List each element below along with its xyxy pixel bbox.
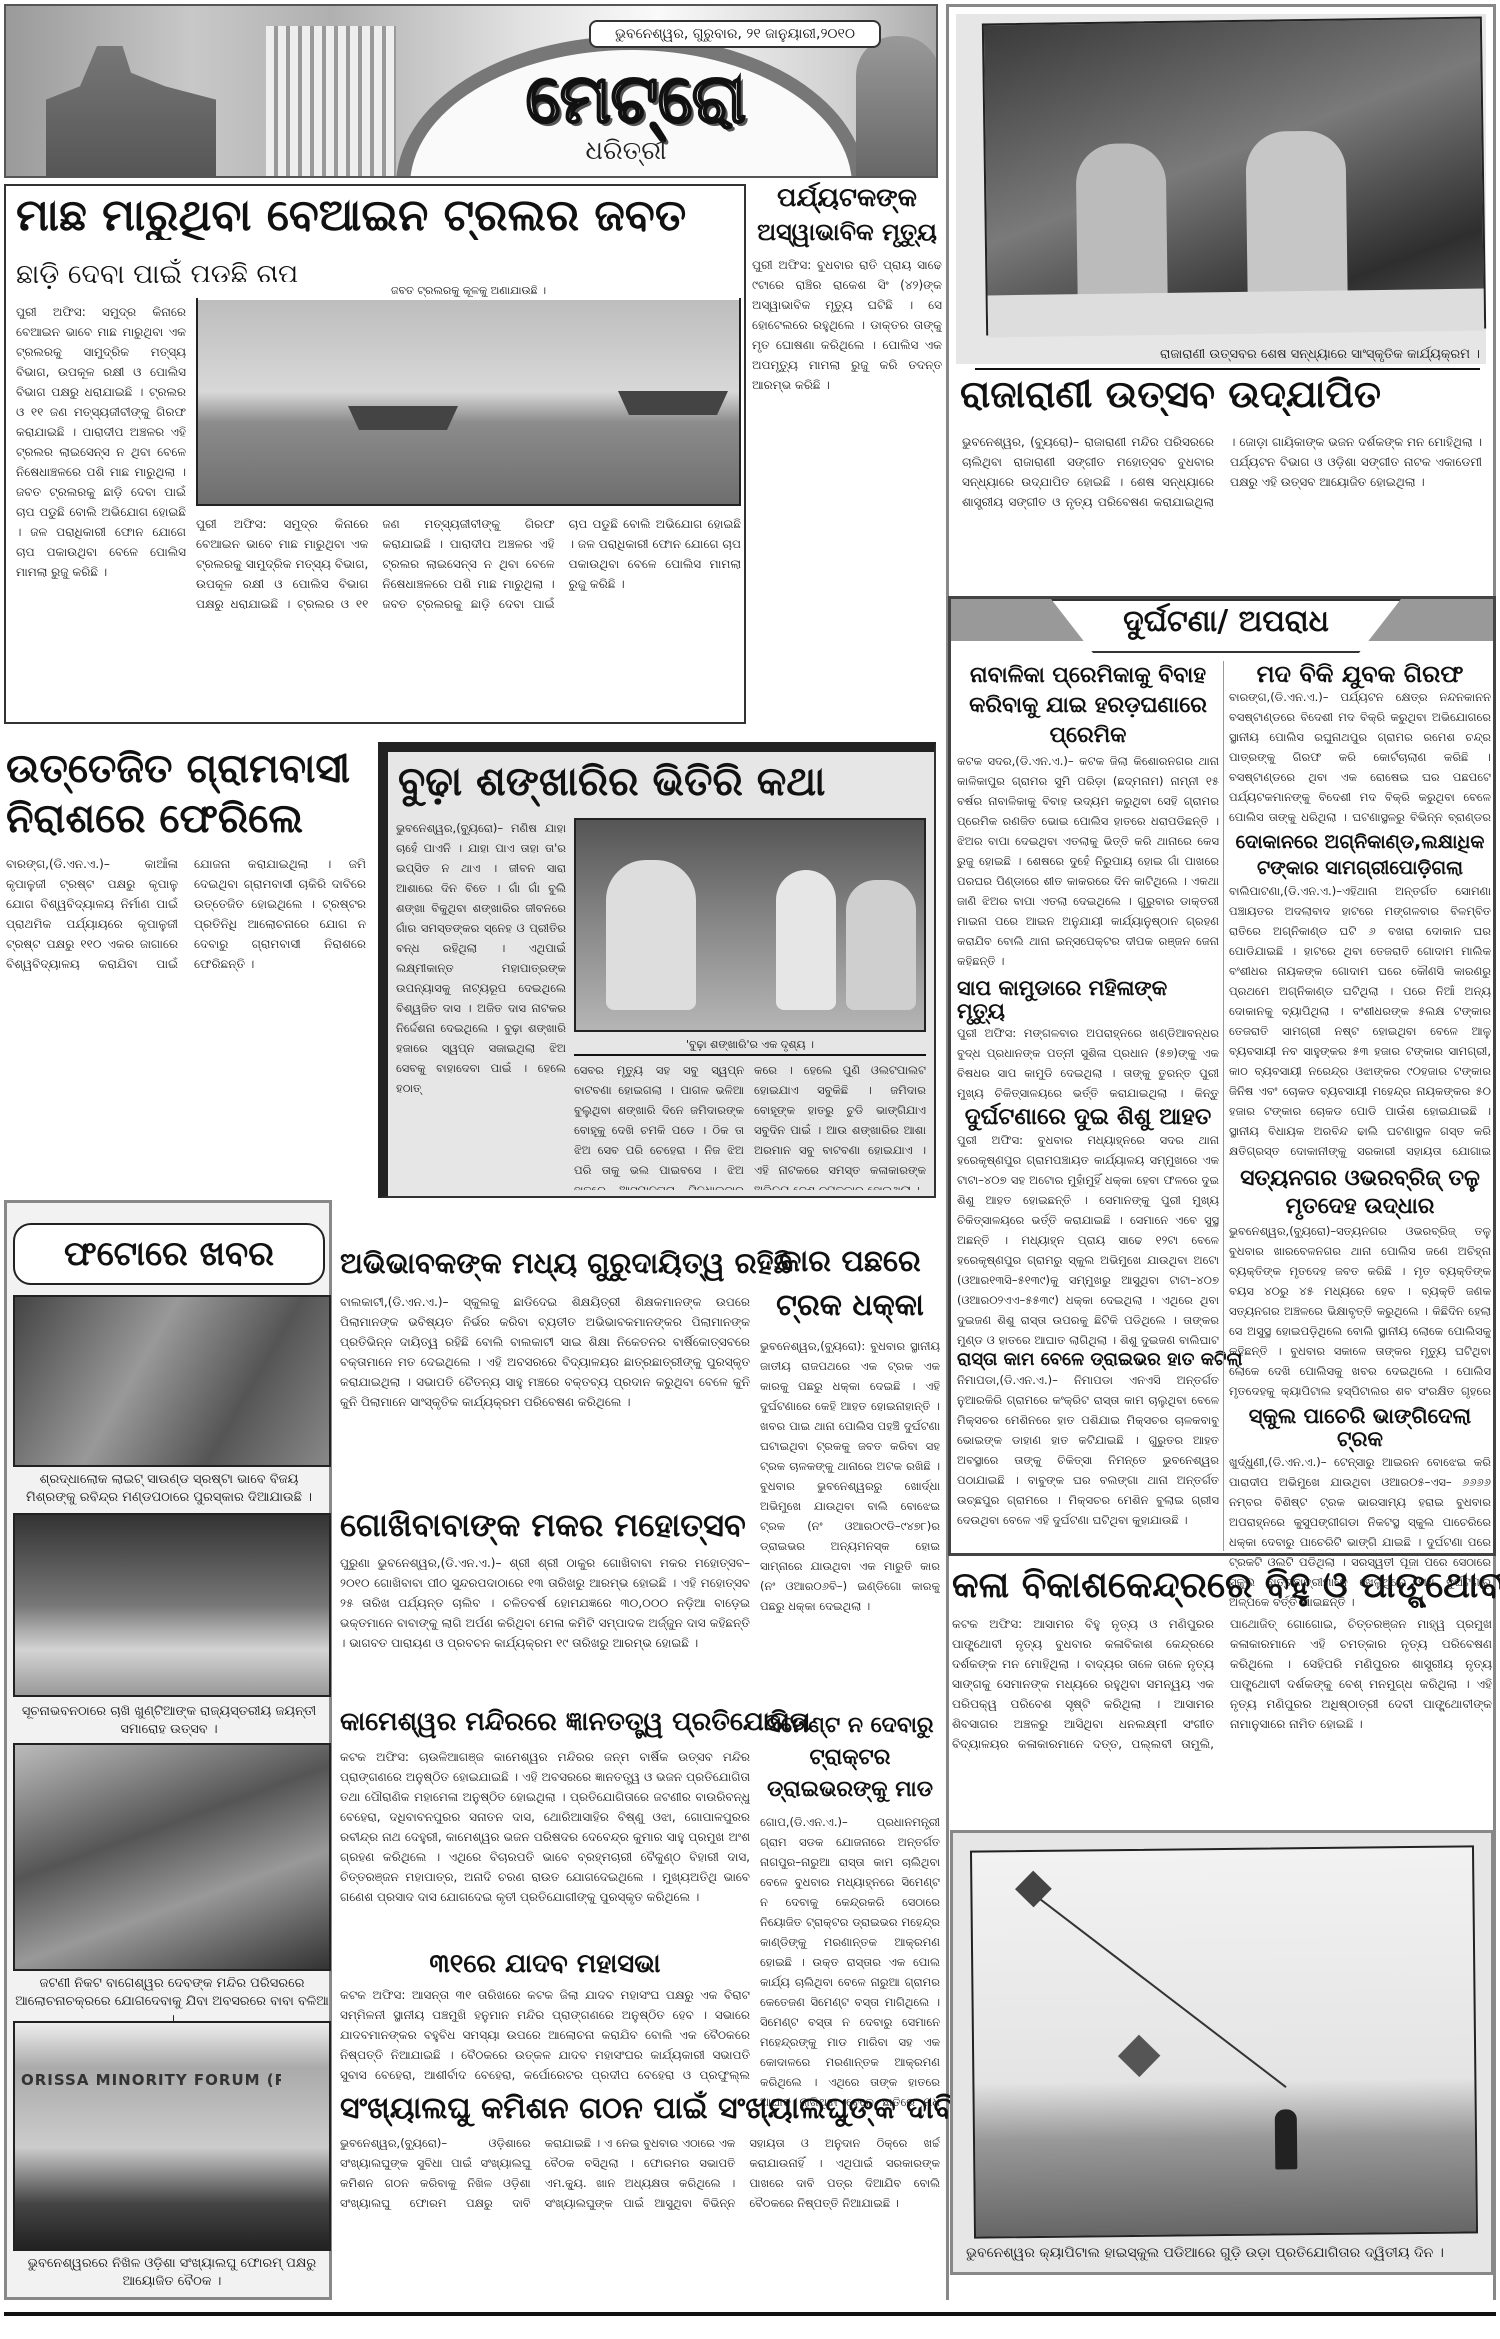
kite-icon-2	[1118, 2035, 1160, 2077]
yadav-headline: ୩୧ରେ ଯାଦବ ମହାସଭା	[340, 1950, 750, 1979]
car-truck-headline: କାର ପଛରେ ଟ୍ରକ ଧକ୍କା	[760, 1240, 940, 1328]
crime-right-col: ମଦ ବିକି ଯୁବକ ଗିରଫ ବାରଙ୍ଗ,(ଡି.ଏନ.ଏ.)– ପର୍…	[1229, 661, 1491, 1612]
budha-body-intro: ଭୁବନେଶ୍ୱର,(ବ୍ୟୁରୋ)– ମଣିଷ ଯାହା ଚାହେଁ ପାଏନ…	[396, 818, 566, 1188]
dateline: ଭୁବନେଶ୍ୱର, ଗୁରୁବାର, ୨୧ ଜାନୁୟାରୀ,୨୦୧୦	[589, 20, 881, 48]
tourist-death-story: ପର୍ଯ୍ୟଟକଙ୍କ ଅସ୍ୱାଭାବିକ ମୃତ୍ୟୁ ପୁରୀ ଅଫିସ:…	[752, 184, 942, 724]
crime-column-divider	[1223, 661, 1224, 1551]
trawler-photo: ଜବତ ଟ୍ରଲରକୁ କୂଳକୁ ଅଣାଯାଉଛି ।	[196, 298, 741, 506]
crime-body-4: ବାରଙ୍ଗ,(ଡି.ଏନ.ଏ.)– ପର୍ଯ୍ୟଟନ କ୍ଷେତ୍ର ନନ୍ଦ…	[1229, 687, 1491, 829]
rajarani-photo-caption: ରାଜାରାଣୀ ଉତ୍ସବର ଶେଷ ସନ୍ଧ୍ୟାରେ ସାଂସ୍କୃତିକ…	[1150, 346, 1480, 364]
photo-news-banner-text: ଫଟୋରେ ଖବର	[15, 1225, 323, 1283]
budha-headline: ବୁଢ଼ା ଶଙ୍ଖାରିର ଭିତିରି କଥା	[398, 760, 928, 804]
budha-photo	[574, 818, 926, 1032]
lead-body-col1: ପୁରୀ ଅଫିସ: ସମୁଦ୍ର କିନାରେ ବେଆଇନ ଭାବେ ମାଛ …	[16, 302, 186, 707]
crime-section: ଦୁର୍ଘଟଣା/ ଅପରାଧ ନାବାଳିକା ପ୍ରେମିକାକୁ ବିବା…	[948, 596, 1496, 1556]
rajarani-rule	[975, 368, 1480, 370]
bihu-headline: କଳା ବିକାଶକେନ୍ଦ୍ରରେ ବିହୁ ଓ ପାଙ୍ଗ୍ଥୋବୀ	[952, 1566, 1492, 1606]
gokhibaba-body: ପୁରୁଣା ଭୁବନେଶ୍ୱର,(ଡି.ଏନ.ଏ.)– ଶ୍ରୀ ଶ୍ରୀ ଠ…	[340, 1553, 750, 1693]
stage	[988, 289, 1485, 338]
crime-body-5: ବାଲିପାଟଣା,(ଡି.ଏନ.ଏ.)–ଏହିଥାନା ଅନ୍ତର୍ଗତ ସୋ…	[1229, 881, 1491, 1165]
budha-body-mid: ସେବର ମୃତ୍ୟୁ ସହ ସବୁ ସ୍ୱପ୍ନ ବାଟବଣା ହୋଇଗଲା …	[574, 1060, 744, 1190]
crime-headline-1: ସାପ କାମୁଡାରେ ମହିଳାଙ୍କ ମୃତ୍ୟୁ	[957, 977, 1219, 1023]
minority-headline: ସଂଖ୍ୟାଲଘୁ କମିଶନ ଗଠନ ପାଇଁ ସଂଖ୍ୟାଲଘୁଙ୍କ ଦା…	[340, 2092, 940, 2125]
car-truck-story: କାର ପଛରେ ଟ୍ରକ ଧକ୍କା ଭୁବନେଶ୍ୱର,(ବ୍ୟୁରୋ): …	[760, 1240, 940, 1710]
photo-news-caption-2: ସୂଚନାଭବନଠାରେ ଚାଖି ଖୁଣ୍ଟିଆଙ୍କ ରାଜ୍ୟସ୍ତରୀୟ…	[13, 1703, 325, 1739]
budha-body-right: କରେ । ହେଲେ ପୁଣି ଓଲଟପାଲଟ ହୋଇଯାଏ ସବୁକିଛି ।…	[754, 1060, 926, 1190]
lead-headline: ମାଛ ମାରୁଥିବା ବେଆଇନ ଟ୍ରଲର ଜବତ	[16, 192, 736, 240]
rajarani-photo	[982, 17, 1486, 336]
boat-shape-2	[618, 375, 728, 415]
tourist-headline-2: ଅସ୍ୱାଭାବିକ ମୃତ୍ୟୁ	[752, 219, 942, 245]
budha-rule	[574, 1054, 926, 1056]
crime-body-3: ନିମାପଡା,(ଡି.ଏନ.ଏ.)– ନିମାପଡା ଏନଏସି ଅନ୍ତର୍…	[957, 1370, 1219, 1530]
villagers-body: ବାରଙ୍ଗ,(ଡି.ଏନ.ଏ.)– କାଆଁଳା କୃପାଳୁଜୀ ଟ୍ରଷ୍…	[6, 854, 366, 1174]
bihu-story: କଳା ବିକାଶକେନ୍ଦ୍ରରେ ବିହୁ ଓ ପାଙ୍ଗ୍ଥୋବୀ କଟକ…	[952, 1566, 1492, 1826]
minority-story: ସଂଖ୍ୟାଲଘୁ କମିଶନ ଗଠନ ପାଇଁ ସଂଖ୍ୟାଲଘୁଙ୍କ ଦା…	[340, 2092, 940, 2302]
villagers-story: ଉତ୍ତେଜିତ ଗ୍ରାମବାସୀ ନିରାଶରେ ଫେରିଲେ ବାରଙ୍ଗ…	[6, 744, 366, 1174]
parents-story: ଅଭିଭାବକଙ୍କ ମଧ୍ୟ ଗୁରୁଦାୟିତ୍ୱ ରହିଛି ବାଲକାଟ…	[340, 1248, 750, 1502]
person-silhouette	[1275, 2109, 1298, 2169]
masthead-title: ମେଟ୍ରୋ	[476, 60, 796, 140]
masthead-subtitle: ଧରିତ୍ରୀ	[566, 136, 686, 167]
crime-body-2: ପୁରୀ ଅଫିସ: ବୁଧବାର ମଧ୍ୟାହ୍ନରେ ସଦର ଥାନା ହର…	[957, 1130, 1219, 1350]
budha-shankhari-story: ବୁଢ଼ା ଶଙ୍ଖାରିର ଭିତିରି କଥା ଭୁବନେଶ୍ୱର,(ବ୍ୟ…	[378, 742, 936, 1198]
cement-story: ସିମେଣ୍ଟ ନ ଦେବାରୁ ଟ୍ରାକ୍ଟର ଡ୍ରାଇଭରଙ୍କୁ ମା…	[760, 1710, 940, 2090]
kameswar-story: କାମେଶ୍ୱର ମନ୍ଦିରରେ ଜ୍ଞାନତତ୍ତ୍ୱ ପ୍ରତିଯୋଗିତ…	[340, 1708, 750, 1948]
parents-body: ବାଲକାଟୀ,(ଡି.ଏନ.ଏ.)– ସ୍କୁଲକୁ ଛାଡିଦେଇ ଶିକ୍…	[340, 1292, 750, 1488]
kite-photo	[970, 1845, 1478, 2238]
car-truck-body: ଭୁବନେଶ୍ୱର,(ବ୍ୟୁରୋ): ବୁଧବାର ସ୍ଥାନୀୟ ଜାତୀୟ…	[760, 1336, 940, 1696]
building-silhouette	[266, 26, 396, 178]
crime-left-col: ନାବାଳିକା ପ୍ରେମିକାକୁ ବିବାହ କରିବାକୁ ଯାଇ ହର…	[957, 661, 1219, 1530]
crime-headline-4: ମଦ ବିକି ଯୁବକ ଗିରଫ	[1229, 661, 1491, 687]
gokhibaba-story: ଗୋଖିବାବାଙ୍କ ମକର ମହୋତ୍ସବ ପୁରୁଣା ଭୁବନେଶ୍ୱର…	[340, 1508, 750, 1704]
photo-news-caption-4: ଭୁବନେଶ୍ୱରରେ ନିଖିଳ ଓଡ଼ିଶା ସଂଖ୍ୟାଲଘୁ ଫୋରମ୍…	[13, 2255, 331, 2291]
crime-body-1: ପୁରୀ ଅଫିସ: ମଙ୍ଗଳବାର ଅପରାହ୍ନରେ ଖଣ୍ଡିଆବନ୍ଧ…	[957, 1023, 1219, 1105]
crime-headline-0: ନାବାଳିକା ପ୍ରେମିକାକୁ ବିବାହ କରିବାକୁ ଯାଇ ହର…	[957, 661, 1219, 751]
photo-news-column: ଫଟୋରେ ଖବର ଶ୍ରଦ୍ଧାଲୋକ ଲାଇଟ୍ ସାଉଣ୍ଡ ସ୍ରଷ୍ଟ…	[4, 1200, 332, 2300]
actor-3	[846, 880, 916, 1010]
photo-news-caption-1: ଶ୍ରଦ୍ଧାଲୋକ ଲାଇଟ୍ ସାଉଣ୍ଡ ସ୍ରଷ୍ଟା ଭାବେ ବିଜ…	[13, 1471, 325, 1507]
temple-silhouette	[46, 46, 216, 178]
photo-news-image-1	[13, 1295, 331, 1467]
crime-headline-3: ରାସ୍ତା କାମ ବେଳେ ଡ୍ରାଇଭର ହାତ କଟିଲା	[957, 1350, 1219, 1370]
kameswar-body: କଟକ ଅଫିସ: ଚାଉଳିଆଗଞ୍ଜ କାମେଶ୍ୱର ମନ୍ଦିରର ଜନ…	[340, 1747, 750, 1937]
crime-body-0: କଟକ ସଦର,(ଡି.ଏନ.ଏ.)– କଟକ ଜିଲା କିଶୋରନଗର ଥା…	[957, 751, 1219, 973]
crime-banner-text: ଦୁର୍ଘଟଣା/ ଅପରାଧ	[1051, 605, 1401, 638]
crime-headline-5: ଦୋକାନରେ ଅଗ୍ନିକାଣ୍ଡ,ଲକ୍ଷାଧିକ ଟଙ୍କାର ସାମଗ୍…	[1229, 829, 1491, 881]
villagers-headline: ଉତ୍ତେଜିତ ଗ୍ରାମବାସୀ ନିରାଶରେ ଫେରିଲେ	[6, 744, 366, 844]
rajarani-body: ଭୁବନେଶ୍ୱର, (ବ୍ୟୁରୋ)– ରାଜାରାଣୀ ମନ୍ଦିର ପରି…	[962, 432, 1482, 582]
tourist-body: ପୁରୀ ଅଫିସ: ବୁଧବାର ରାତି ପ୍ରାୟ ସାଢେ ୯ଟାରେ …	[752, 255, 942, 715]
photo-news-banner: ଫଟୋରେ ଖବର	[13, 1223, 325, 1285]
forum-banner-text: ORISSA MINORITY FORUM (REGD)	[21, 2071, 281, 2089]
rajarani-headline: ରାଜାରାଣୀ ଉତ୍ସବ ଉଦ୍‌ଯାପିତ	[960, 374, 1490, 416]
cement-body: ଗୋପ,(ଡି.ଏନ.ଏ.)– ପ୍ରଧାନମନ୍ତ୍ରୀ ଗ୍ରାମ ସଡକ …	[760, 1812, 940, 2112]
photo-news-image-3	[13, 1743, 331, 1971]
dome-silhouette	[856, 36, 938, 178]
lead-story: ମାଛ ମାରୁଥିବା ବେଆଇନ ଟ୍ରଲର ଜବତ ଛାଡ଼ି ଦେବା …	[4, 184, 746, 724]
gokhibaba-headline: ଗୋଖିବାବାଙ୍କ ମକର ମହୋତ୍ସବ	[340, 1508, 750, 1543]
crime-headline-6: ସତ୍ୟନଗର ଓଭରବ୍ରିଜ୍ ତଳୁ ମୃତଦେହ ଉଦ୍ଧାର	[1229, 1165, 1491, 1221]
bihu-body: କଟକ ଅଫିସ: ଆସାମର ବିହୁ ନୃତ୍ୟ ଓ ମଣିପୁରର ପାଙ…	[952, 1614, 1492, 1814]
kite-photo-caption: ଭୁବନେଶ୍ୱର କ୍ୟାପିଟାଲ ହାଇସ୍କୁଲ ପଡିଆରେ ଗୁଡ଼…	[966, 2244, 1486, 2262]
photo-news-image-2	[13, 1513, 331, 1697]
crime-headline-7: ସ୍କୁଲ ପାଚେରି ଭାଙ୍ଗିଦେଲା ଟ୍ରକ	[1229, 1405, 1491, 1451]
kameswar-headline: କାମେଶ୍ୱର ମନ୍ଦିରରେ ଜ୍ଞାନତତ୍ତ୍ୱ ପ୍ରତିଯୋଗିତ…	[340, 1708, 750, 1737]
yadav-body: କଟକ ଅଫିସ: ଆସନ୍ତା ୩୧ ତାରିଖରେ କଟକ ଜିଲା ଯାଦ…	[340, 1985, 750, 2089]
budha-photo-caption: 'ବୁଢ଼ା ଶଙ୍ଖାରି'ର ଏକ ଦୃଶ୍ୟ ।	[574, 1036, 926, 1054]
masthead: ଭୁବନେଶ୍ୱର, ଗୁରୁବାର, ୨୧ ଜାନୁୟାରୀ,୨୦୧୦ ମେଟ…	[4, 4, 938, 178]
actor-1	[606, 860, 696, 1010]
parents-headline: ଅଭିଭାବକଙ୍କ ମଧ୍ୟ ଗୁରୁଦାୟିତ୍ୱ ରହିଛି	[340, 1248, 750, 1280]
tourist-headline-1: ପର୍ଯ୍ୟଟକଙ୍କ	[752, 184, 942, 213]
bottom-rule	[4, 2312, 1496, 2316]
yadav-story: ୩୧ରେ ଯାଦବ ମହାସଭା କଟକ ଅଫିସ: ଆସନ୍ତା ୩୧ ତାର…	[340, 1950, 750, 2090]
crime-body-6: ଭୁବନେଶ୍ୱର,(ବ୍ୟୁରୋ)–ସତ୍ୟନଗର ଓଭରବ୍ରିଜ୍ ତଳୁ…	[1229, 1221, 1491, 1405]
crime-headline-2: ଦୁର୍ଘଟଣାରେ ଦୁଇ ଶିଶୁ ଆହତ	[957, 1105, 1219, 1130]
kite-string	[1031, 1892, 1286, 2088]
minority-body: ଭୁବନେଶ୍ୱର,(ବ୍ୟୁରୋ)– ଓଡ଼ିଶାରେ ସଂଖ୍ୟାଲଘୁଙ୍…	[340, 2133, 940, 2283]
lead-body-cols: ପୁରୀ ଅଫିସ: ସମୁଦ୍ର କିନାରେ ବେଆଇନ ଭାବେ ମାଛ …	[196, 514, 741, 714]
boat-shape	[348, 390, 458, 430]
cement-headline: ସିମେଣ୍ଟ ନ ଦେବାରୁ ଟ୍ରାକ୍ଟର ଡ୍ରାଇଭରଙ୍କୁ ମା…	[760, 1710, 940, 1806]
trawler-photo-caption: ଜବତ ଟ୍ରଲରକୁ କୂଳକୁ ଅଣାଯାଉଛି ।	[198, 282, 739, 300]
singer-2	[1245, 130, 1347, 301]
photo-news-image-4: ORISSA MINORITY FORUM (REGD)	[13, 2021, 331, 2251]
actor-2	[776, 870, 836, 1010]
singer-1	[1076, 143, 1168, 304]
